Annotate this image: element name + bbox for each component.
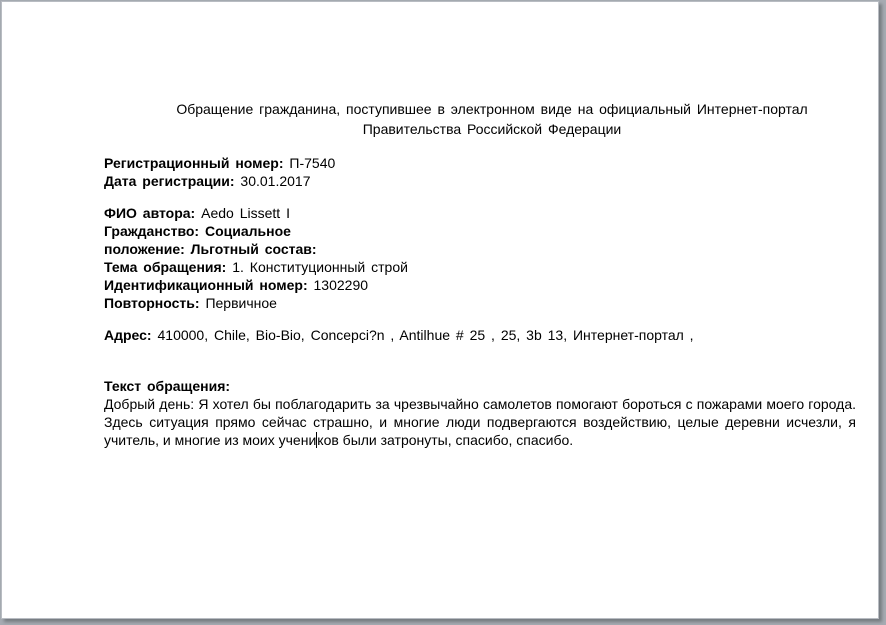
label: Повторность: — [104, 295, 200, 311]
appeal-text[interactable]: Добрый день: Я хотел бы поблагодарить за… — [104, 395, 856, 449]
label: Тема обращения: — [104, 259, 226, 275]
value: 1. Конституционный строй — [232, 259, 408, 275]
value: Aedo Lissett I — [201, 205, 290, 221]
title-line-2: Правительства Российской Федерации — [142, 119, 842, 139]
value: 410000, Chile, Bio-Bio, Concepci?n , Ant… — [158, 327, 694, 343]
value: П-7540 — [289, 155, 335, 171]
field-id-number: Идентификационный номер: 1302290 — [104, 276, 368, 294]
field-address: Адрес: 410000, Chile, Bio-Bio, Concepci?… — [104, 326, 694, 344]
label: Регистрационный номер: — [104, 155, 284, 171]
field-reg-date: Дата регистрации: 30.01.2017 — [104, 172, 311, 190]
field-social-status: положение: Льготный состав: — [104, 240, 317, 258]
text-label-content: Текст обращения: — [104, 378, 230, 394]
value: 30.01.2017 — [240, 173, 310, 189]
label: Адрес: — [104, 327, 152, 343]
field-citizenship: Гражданство: Социальное — [104, 222, 291, 240]
benefits-label: Льготный состав: — [191, 241, 317, 257]
document-title: Обращение гражданина, поступившее в элек… — [142, 99, 842, 139]
field-reg-number: Регистрационный номер: П-7540 — [104, 154, 335, 172]
field-topic: Тема обращения: 1. Конституционный строй — [104, 258, 408, 276]
label: ФИО автора: — [104, 205, 195, 221]
field-repeat: Повторность: Первичное — [104, 294, 277, 312]
title-line-1: Обращение гражданина, поступившее в элек… — [142, 99, 842, 119]
social-label-part2: положение: — [104, 241, 185, 257]
appeal-text-part2: ков были затронуты, спасибо, спасибо. — [317, 432, 573, 448]
document-page[interactable]: Обращение гражданина, поступившее в элек… — [1, 1, 879, 619]
label: Гражданство: — [104, 223, 199, 239]
label: Дата регистрации: — [104, 173, 235, 189]
field-author: ФИО автора: Aedo Lissett I — [104, 204, 290, 222]
text-label: Текст обращения: — [104, 377, 230, 395]
value: 1302290 — [314, 277, 369, 293]
value: Первичное — [205, 295, 277, 311]
social-label-part1: Социальное — [205, 223, 291, 239]
label: Идентификационный номер: — [104, 277, 308, 293]
